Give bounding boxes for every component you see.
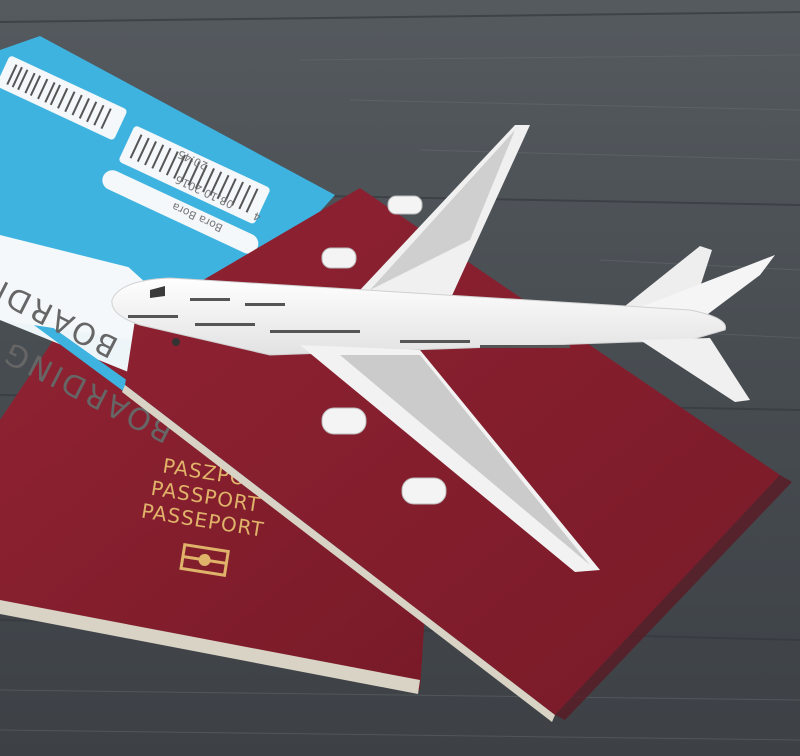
photo-scene: PASZPORT PASSPORT PASSEPORT	[0, 0, 800, 756]
photo-canvas: PASZPORT PASSPORT PASSEPORT	[0, 0, 800, 756]
